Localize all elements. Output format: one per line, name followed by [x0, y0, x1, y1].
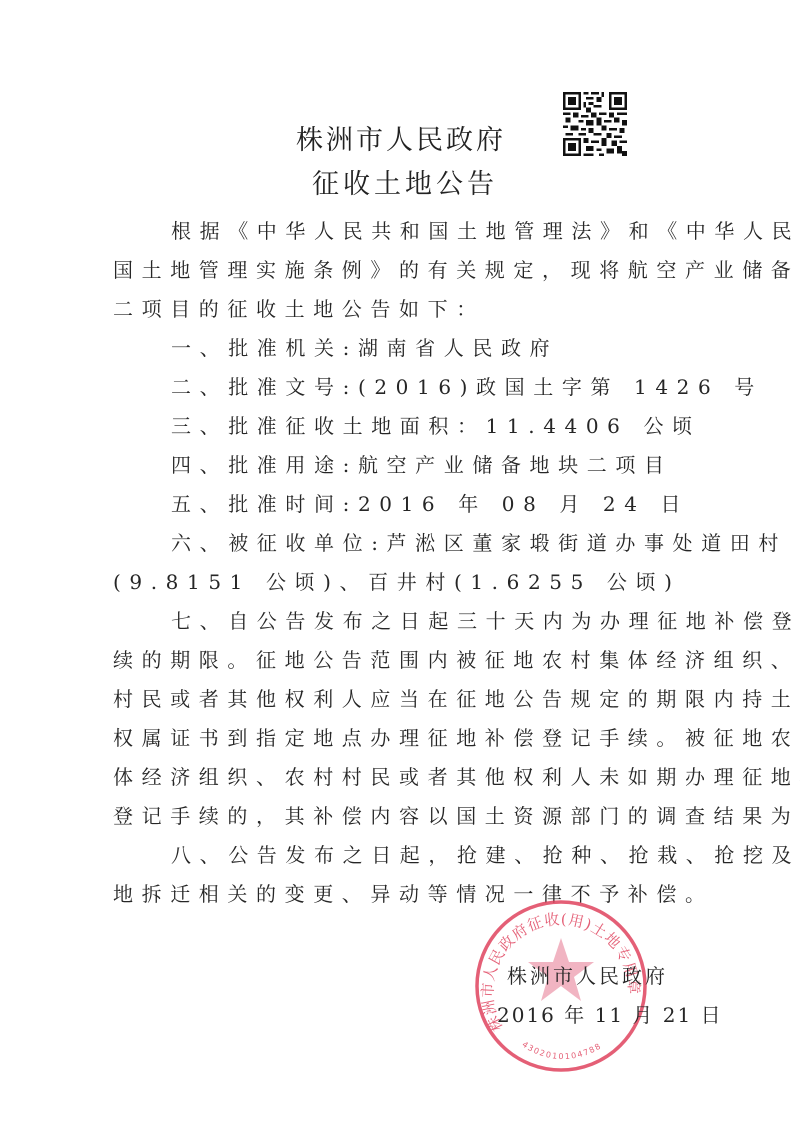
- text-line: 体经济组织、农村村民或者其他权利人未如期办理征地补偿: [113, 758, 683, 797]
- text-line: 村民或者其他权利人应当在征地公告规定的期限内持土地: [113, 680, 683, 719]
- document-page: 株洲市人民政府 征收土地公告 根据《中华人民共和国土地管理法》和《中华人民共和 …: [0, 0, 800, 1125]
- text-line: 六、被征收单位:芦淞区董家塅街道办事处道田村: [113, 524, 683, 563]
- text-line: 三、批准征收土地面积：11.4406 公顷: [113, 407, 683, 446]
- text-line: 七、自公告发布之日起三十天内为办理征地补偿登记手: [113, 602, 683, 641]
- paragraph-intro: 根据《中华人民共和国土地管理法》和《中华人民共和 国土地管理实施条例》的有关规定…: [113, 212, 683, 329]
- text-line: (9.8151 公顷)、百井村(1.6255 公顷): [113, 563, 683, 602]
- item-registration-period: 七、自公告发布之日起三十天内为办理征地补偿登记手 续的期限。征地公告范围内被征地…: [113, 602, 683, 836]
- text-line: 五、批准时间:2016 年 08 月 24 日: [113, 485, 683, 524]
- text-line: 根据《中华人民共和国土地管理法》和《中华人民共和: [113, 212, 683, 251]
- document-title-issuer: 株洲市人民政府: [296, 118, 506, 157]
- text-line: 八、公告发布之日起，抢建、抢种、抢栽、抢挖及与征: [113, 836, 683, 875]
- item-expropriated-units: 六、被征收单位:芦淞区董家塅街道办事处道田村 (9.8151 公顷)、百井村(1…: [113, 524, 683, 602]
- text-line: 国土地管理实施条例》的有关规定，现将航空产业储备地块: [113, 251, 683, 290]
- notice-body: 根据《中华人民共和国土地管理法》和《中华人民共和 国土地管理实施条例》的有关规定…: [113, 212, 683, 914]
- item-approval-document-number: 二、批准文号:(2016)政国土字第 1426 号: [113, 368, 683, 407]
- text-line: 一、批准机关:湖南省人民政府: [113, 329, 683, 368]
- signature-organization: 株洲市人民政府: [507, 960, 668, 989]
- text-line: 权属证书到指定地点办理征地补偿登记手续。被征地农村集: [113, 719, 683, 758]
- document-title-subject: 征收土地公告: [312, 162, 498, 201]
- seal-serial: 4302010104788: [521, 1040, 604, 1061]
- text-line: 四、批准用途:航空产业储备地块二项目: [113, 446, 683, 485]
- svg-text:4302010104788: 4302010104788: [521, 1040, 604, 1061]
- item-approved-area: 三、批准征收土地面积：11.4406 公顷: [113, 407, 683, 446]
- item-approved-purpose: 四、批准用途:航空产业储备地块二项目: [113, 446, 683, 485]
- item-approval-date: 五、批准时间:2016 年 08 月 24 日: [113, 485, 683, 524]
- signature-date: 2016 年 11 月 21 日: [497, 999, 723, 1028]
- text-line: 续的期限。征地公告范围内被征地农村集体经济组织、农村: [113, 641, 683, 680]
- text-line: 登记手续的，其补偿内容以国土资源部门的调查结果为准。: [113, 797, 683, 836]
- item-approval-authority: 一、批准机关:湖南省人民政府: [113, 329, 683, 368]
- qr-code-icon: [563, 92, 627, 156]
- text-line: 二项目的征收土地公告如下：: [113, 290, 683, 329]
- text-line: 二、批准文号:(2016)政国土字第 1426 号: [113, 368, 683, 407]
